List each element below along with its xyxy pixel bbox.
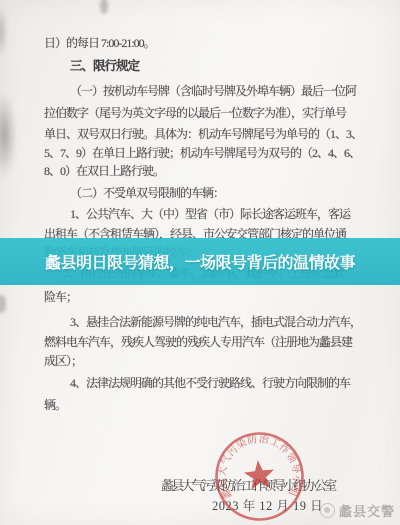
paper-smudge bbox=[100, 0, 108, 14]
seal-star-icon bbox=[243, 459, 276, 491]
official-seal-stamp: 蠡县大气污染防治工作领导小组办公室 bbox=[207, 424, 311, 525]
paper-smudge bbox=[0, 6, 7, 58]
document-line: （一）按机动车号牌（含临时号牌及外埠车辆）最后一位阿 bbox=[70, 84, 356, 98]
paper-smudge bbox=[0, 295, 6, 313]
document-line: 日）的每日 7:00-21:00。 bbox=[44, 36, 155, 50]
document-line: 拉伯数字（尾号为英文字母的以最后一位数字为准），实行单号 bbox=[44, 106, 346, 120]
paper-smudge bbox=[0, 92, 16, 178]
document-line: 5、7、9）在单日上路行驶；机动车号牌尾号为双号的（2、4、6、 bbox=[44, 146, 360, 160]
document-line: 4、法律法规明确的其他不受行驶路线、行驶方向限制的车 bbox=[70, 376, 350, 390]
section-heading: 三、限行规定 bbox=[70, 59, 139, 73]
document-line: 辆。 bbox=[44, 398, 66, 412]
headline-banner: 蠡县明日限号猜想，一场限号背后的温情故事 bbox=[0, 238, 400, 285]
watermark: 蠡县交警 bbox=[320, 501, 395, 520]
traffic-police-badge-icon bbox=[320, 503, 335, 518]
document-line: 成区）； bbox=[44, 354, 82, 368]
document-line: 单日、双号双日行驶。具体为：机动车号牌尾号为单号的（1、3、 bbox=[44, 127, 362, 141]
watermark-label: 蠡县交警 bbox=[339, 501, 395, 520]
document-line: 1、公共汽车、大（中）型省（市）际长途客运班车，客运 bbox=[70, 207, 350, 221]
document-line: （二）不受单双号限制的车辆： bbox=[70, 186, 224, 200]
headline-title: 蠡县明日限号猜想，一场限号背后的温情故事 bbox=[45, 250, 355, 273]
document-line: 3、悬挂合法新能源号牌的纯电汽车，插电式混合动力汽车， bbox=[70, 315, 361, 329]
document-photo: 日）的每日 7:00-21:00。 三、限行规定 （一）按机动车号牌（含临时号牌… bbox=[0, 0, 400, 525]
document-line: 险车； bbox=[44, 290, 77, 304]
document-line: 燃料电车汽车，残疾人驾驶的残疾人专用汽车（注册地为蠡县建 bbox=[44, 335, 352, 349]
document-line: 8、0）在双日上路行驶。 bbox=[44, 164, 164, 178]
